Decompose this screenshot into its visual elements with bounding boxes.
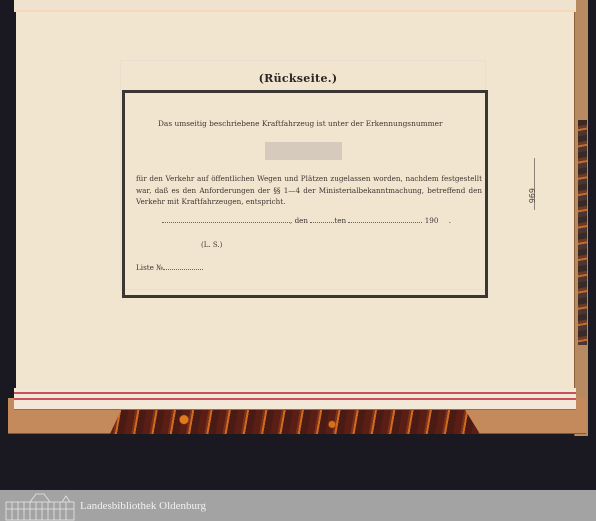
red-page-edge-line: [14, 409, 576, 410]
place-blank: [162, 217, 290, 223]
seal-placeholder: (L. S.): [201, 240, 222, 252]
day-blank: [310, 217, 334, 223]
month-blank: [348, 217, 422, 223]
red-page-edge-line: [14, 398, 576, 400]
red-page-edge-line: [14, 392, 576, 394]
page-heading: (Rückseite.): [0, 72, 596, 85]
scanned-page-image: (Rückseite.) Das umseitig beschriebene K…: [0, 0, 596, 490]
marbled-spine-edge: [578, 120, 587, 345]
intro-text: Das umseitig beschriebene Kraftfahrzeug …: [158, 118, 443, 130]
marbled-cover-bottom: [110, 410, 480, 434]
liste-number-line: Liste №: [136, 262, 203, 274]
body-text: für den Verkehr auf öffentlichen Wegen u…: [136, 173, 482, 208]
registration-number-redacted: [265, 142, 342, 160]
library-footer-bar: Landesbibliothek Oldenburg: [0, 490, 596, 521]
library-name: Landesbibliothek Oldenburg: [80, 500, 206, 512]
page-top-edge: [14, 0, 576, 12]
folio-number: 696: [527, 188, 536, 203]
library-building-icon: [4, 490, 76, 521]
place-date-line: , den ten 190 .: [136, 215, 482, 227]
